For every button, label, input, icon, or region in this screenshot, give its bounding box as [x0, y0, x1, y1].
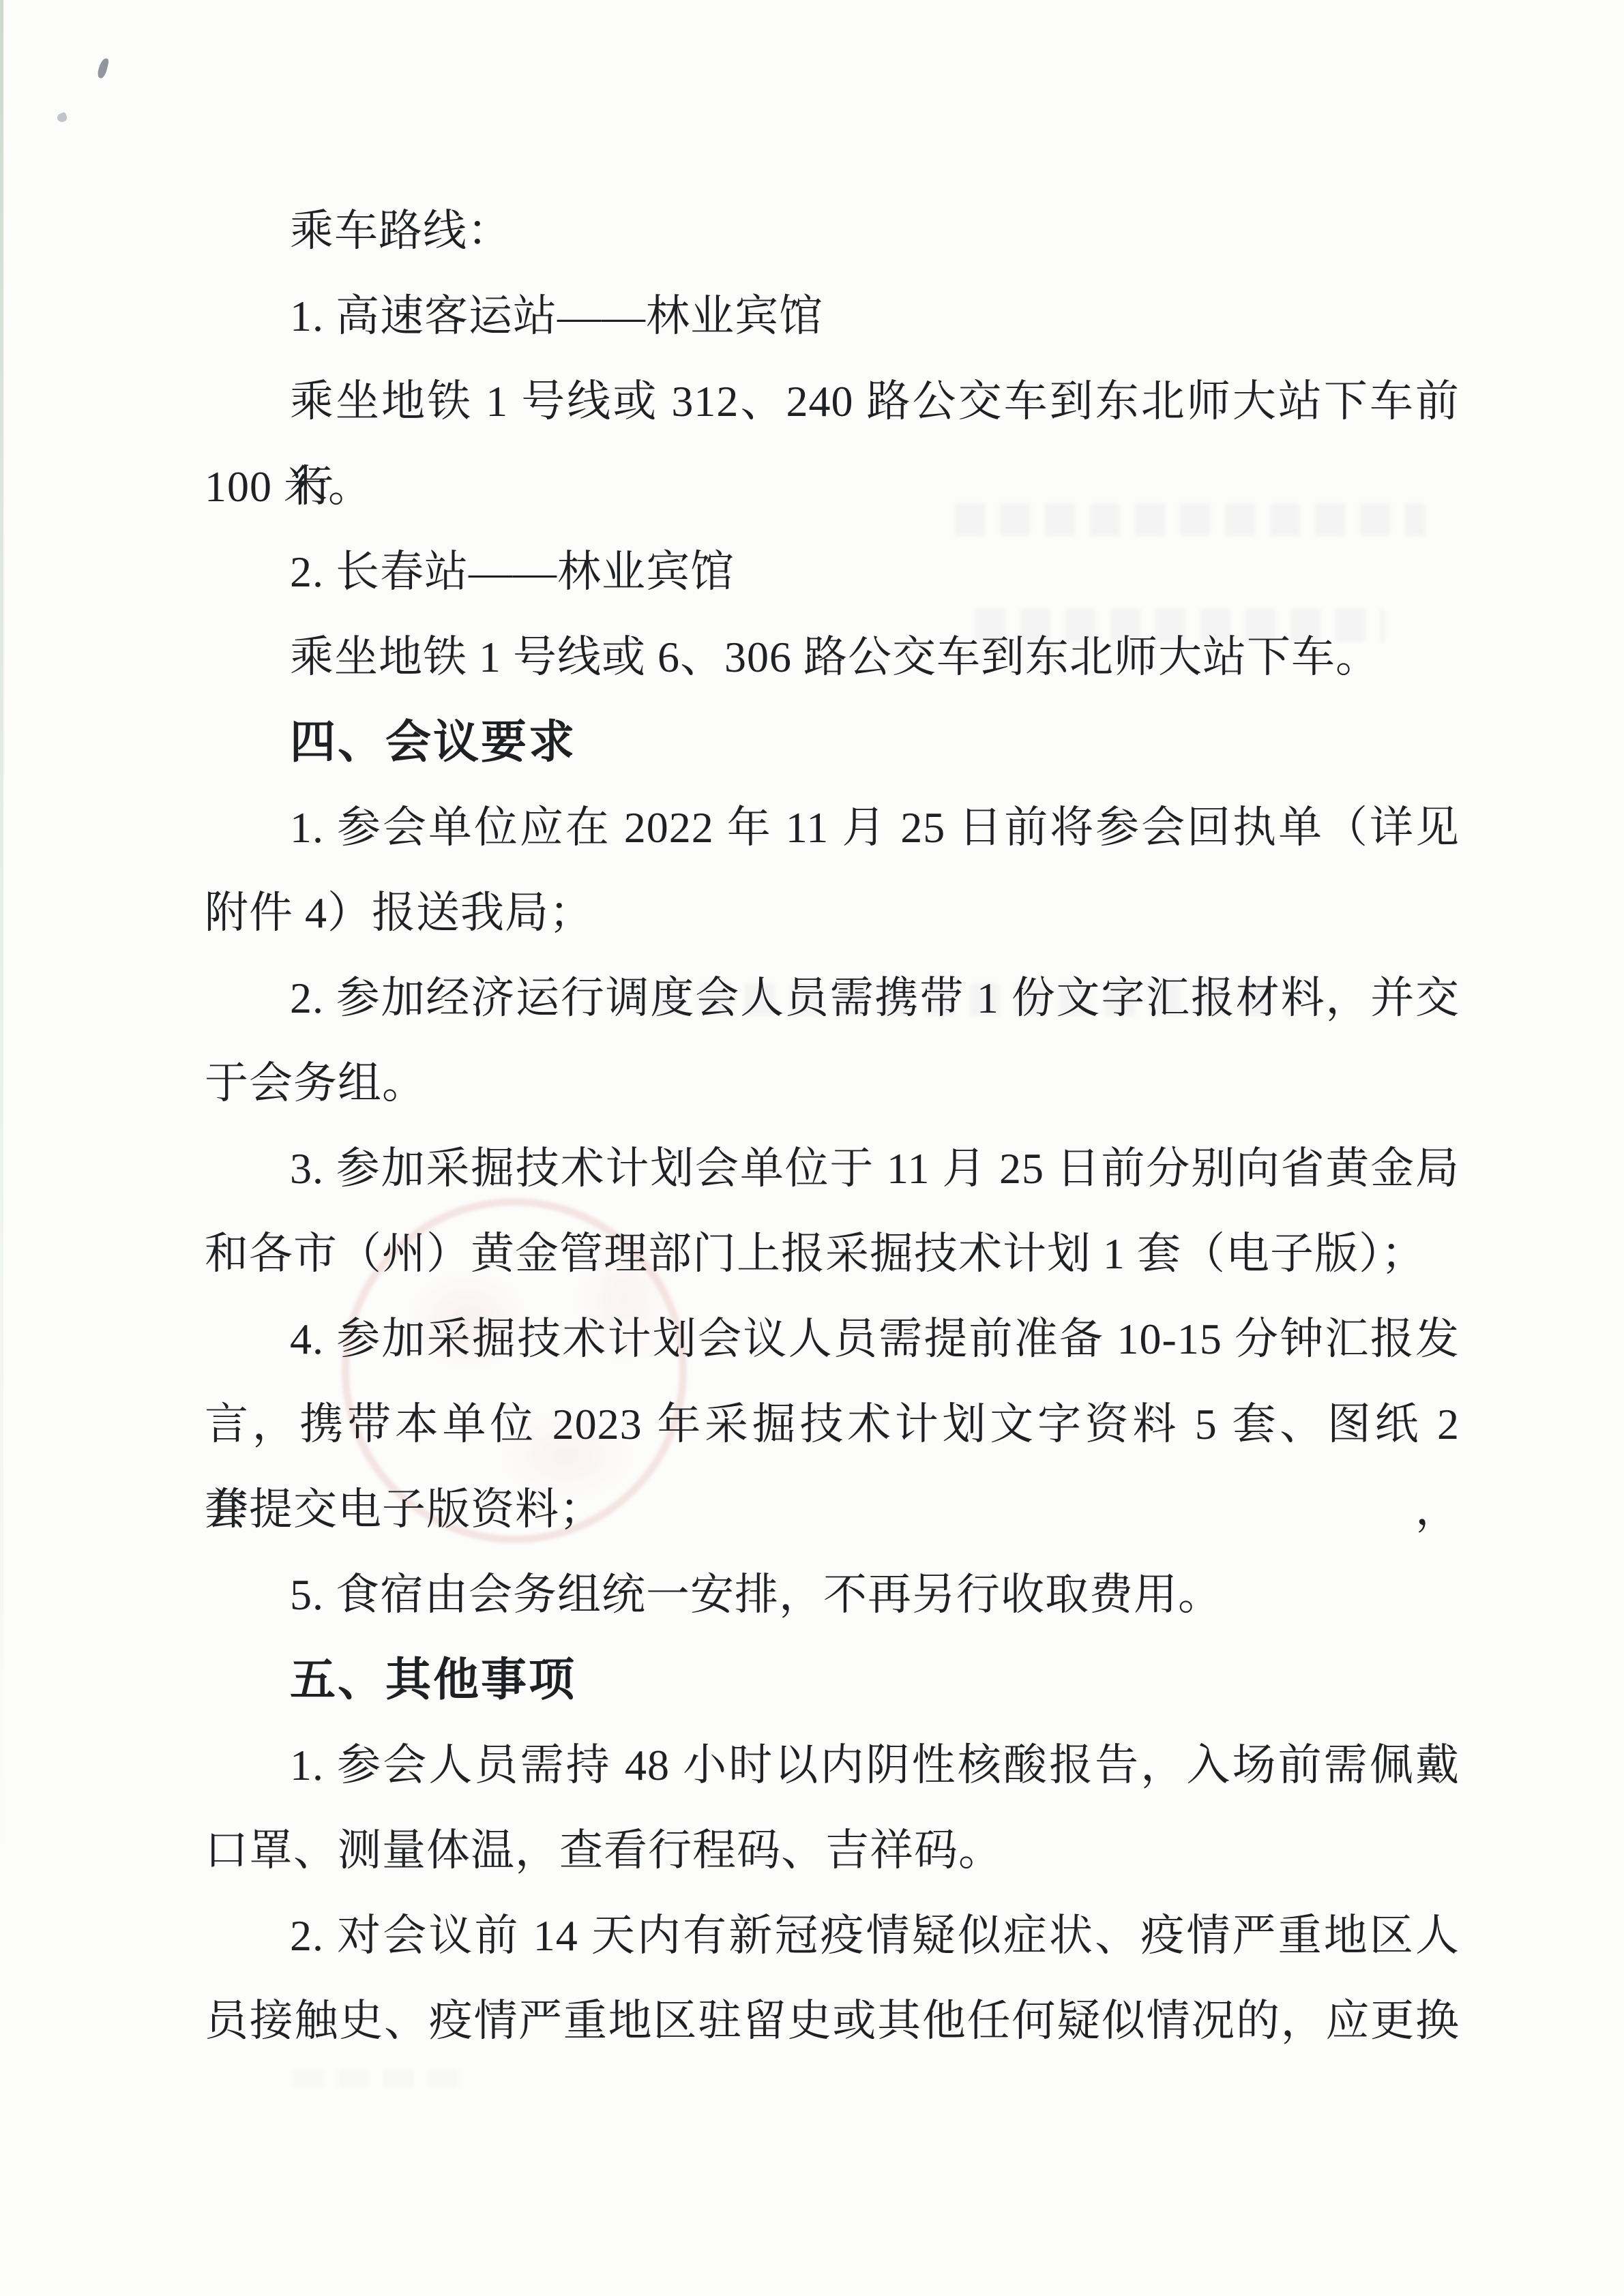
document-line: 四、会议要求 — [290, 700, 1460, 785]
document-line: 3. 参加采掘技术计划会单位于 11 月 25 日前分别向省黄金局 — [290, 1126, 1460, 1211]
scan-speck — [97, 57, 110, 79]
document-line: 附件 4）报送我局； — [205, 870, 1460, 955]
document-line: 4. 参加采掘技术计划会议人员需提前准备 10-15 分钟汇报发 — [290, 1296, 1460, 1382]
document-line: 于会务组。 — [205, 1041, 1460, 1126]
document-line: 乘坐地铁 1 号线或 6、306 路公交车到东北师大站下车。 — [290, 614, 1460, 700]
document-line: 100 米。 — [205, 444, 1460, 529]
document-line: 2. 参加经济运行调度会人员需携带 1 份文字汇报材料，并交 — [290, 955, 1460, 1041]
document-line: 1. 高速客运站——林业宾馆 — [290, 273, 1460, 359]
document-page: 乘车路线：1. 高速客运站——林业宾馆乘坐地铁 1 号线或 312、240 路公… — [0, 0, 1624, 2296]
document-line: 和各市（州）黄金管理部门上报采掘技术计划 1 套（电子版）； — [205, 1211, 1460, 1296]
document-line: 五、其他事项 — [290, 1637, 1460, 1723]
scan-speck — [56, 112, 68, 123]
document-line: 2. 对会议前 14 天内有新冠疫情疑似症状、疫情严重地区人 — [290, 1893, 1460, 1978]
document-line: 员接触史、疫情严重地区驻留史或其他任何疑似情况的，应更换 — [205, 1978, 1460, 2063]
document-line: 5. 食宿由会务组统一安排，不再另行收取费用。 — [290, 1552, 1460, 1637]
document-body: 乘车路线：1. 高速客运站——林业宾馆乘坐地铁 1 号线或 312、240 路公… — [0, 188, 1624, 2063]
document-line: 2. 长春站——林业宾馆 — [290, 529, 1460, 614]
document-line: 1. 参会人员需持 48 小时以内阴性核酸报告，入场前需佩戴 — [290, 1723, 1460, 1808]
document-line: 1. 参会单位应在 2022 年 11 月 25 日前将参会回执单（详见 — [290, 785, 1460, 870]
document-line: 言，携带本单位 2023 年采掘技术计划文字资料 5 套、图纸 2 套， — [205, 1382, 1460, 1467]
document-line: 乘坐地铁 1 号线或 312、240 路公交车到东北师大站下车前行 — [290, 359, 1460, 444]
ink-bleed-ghost — [293, 2070, 471, 2087]
document-line: 口罩、测量体温，查看行程码、吉祥码。 — [205, 1808, 1460, 1893]
document-line: 乘车路线： — [290, 188, 1460, 273]
